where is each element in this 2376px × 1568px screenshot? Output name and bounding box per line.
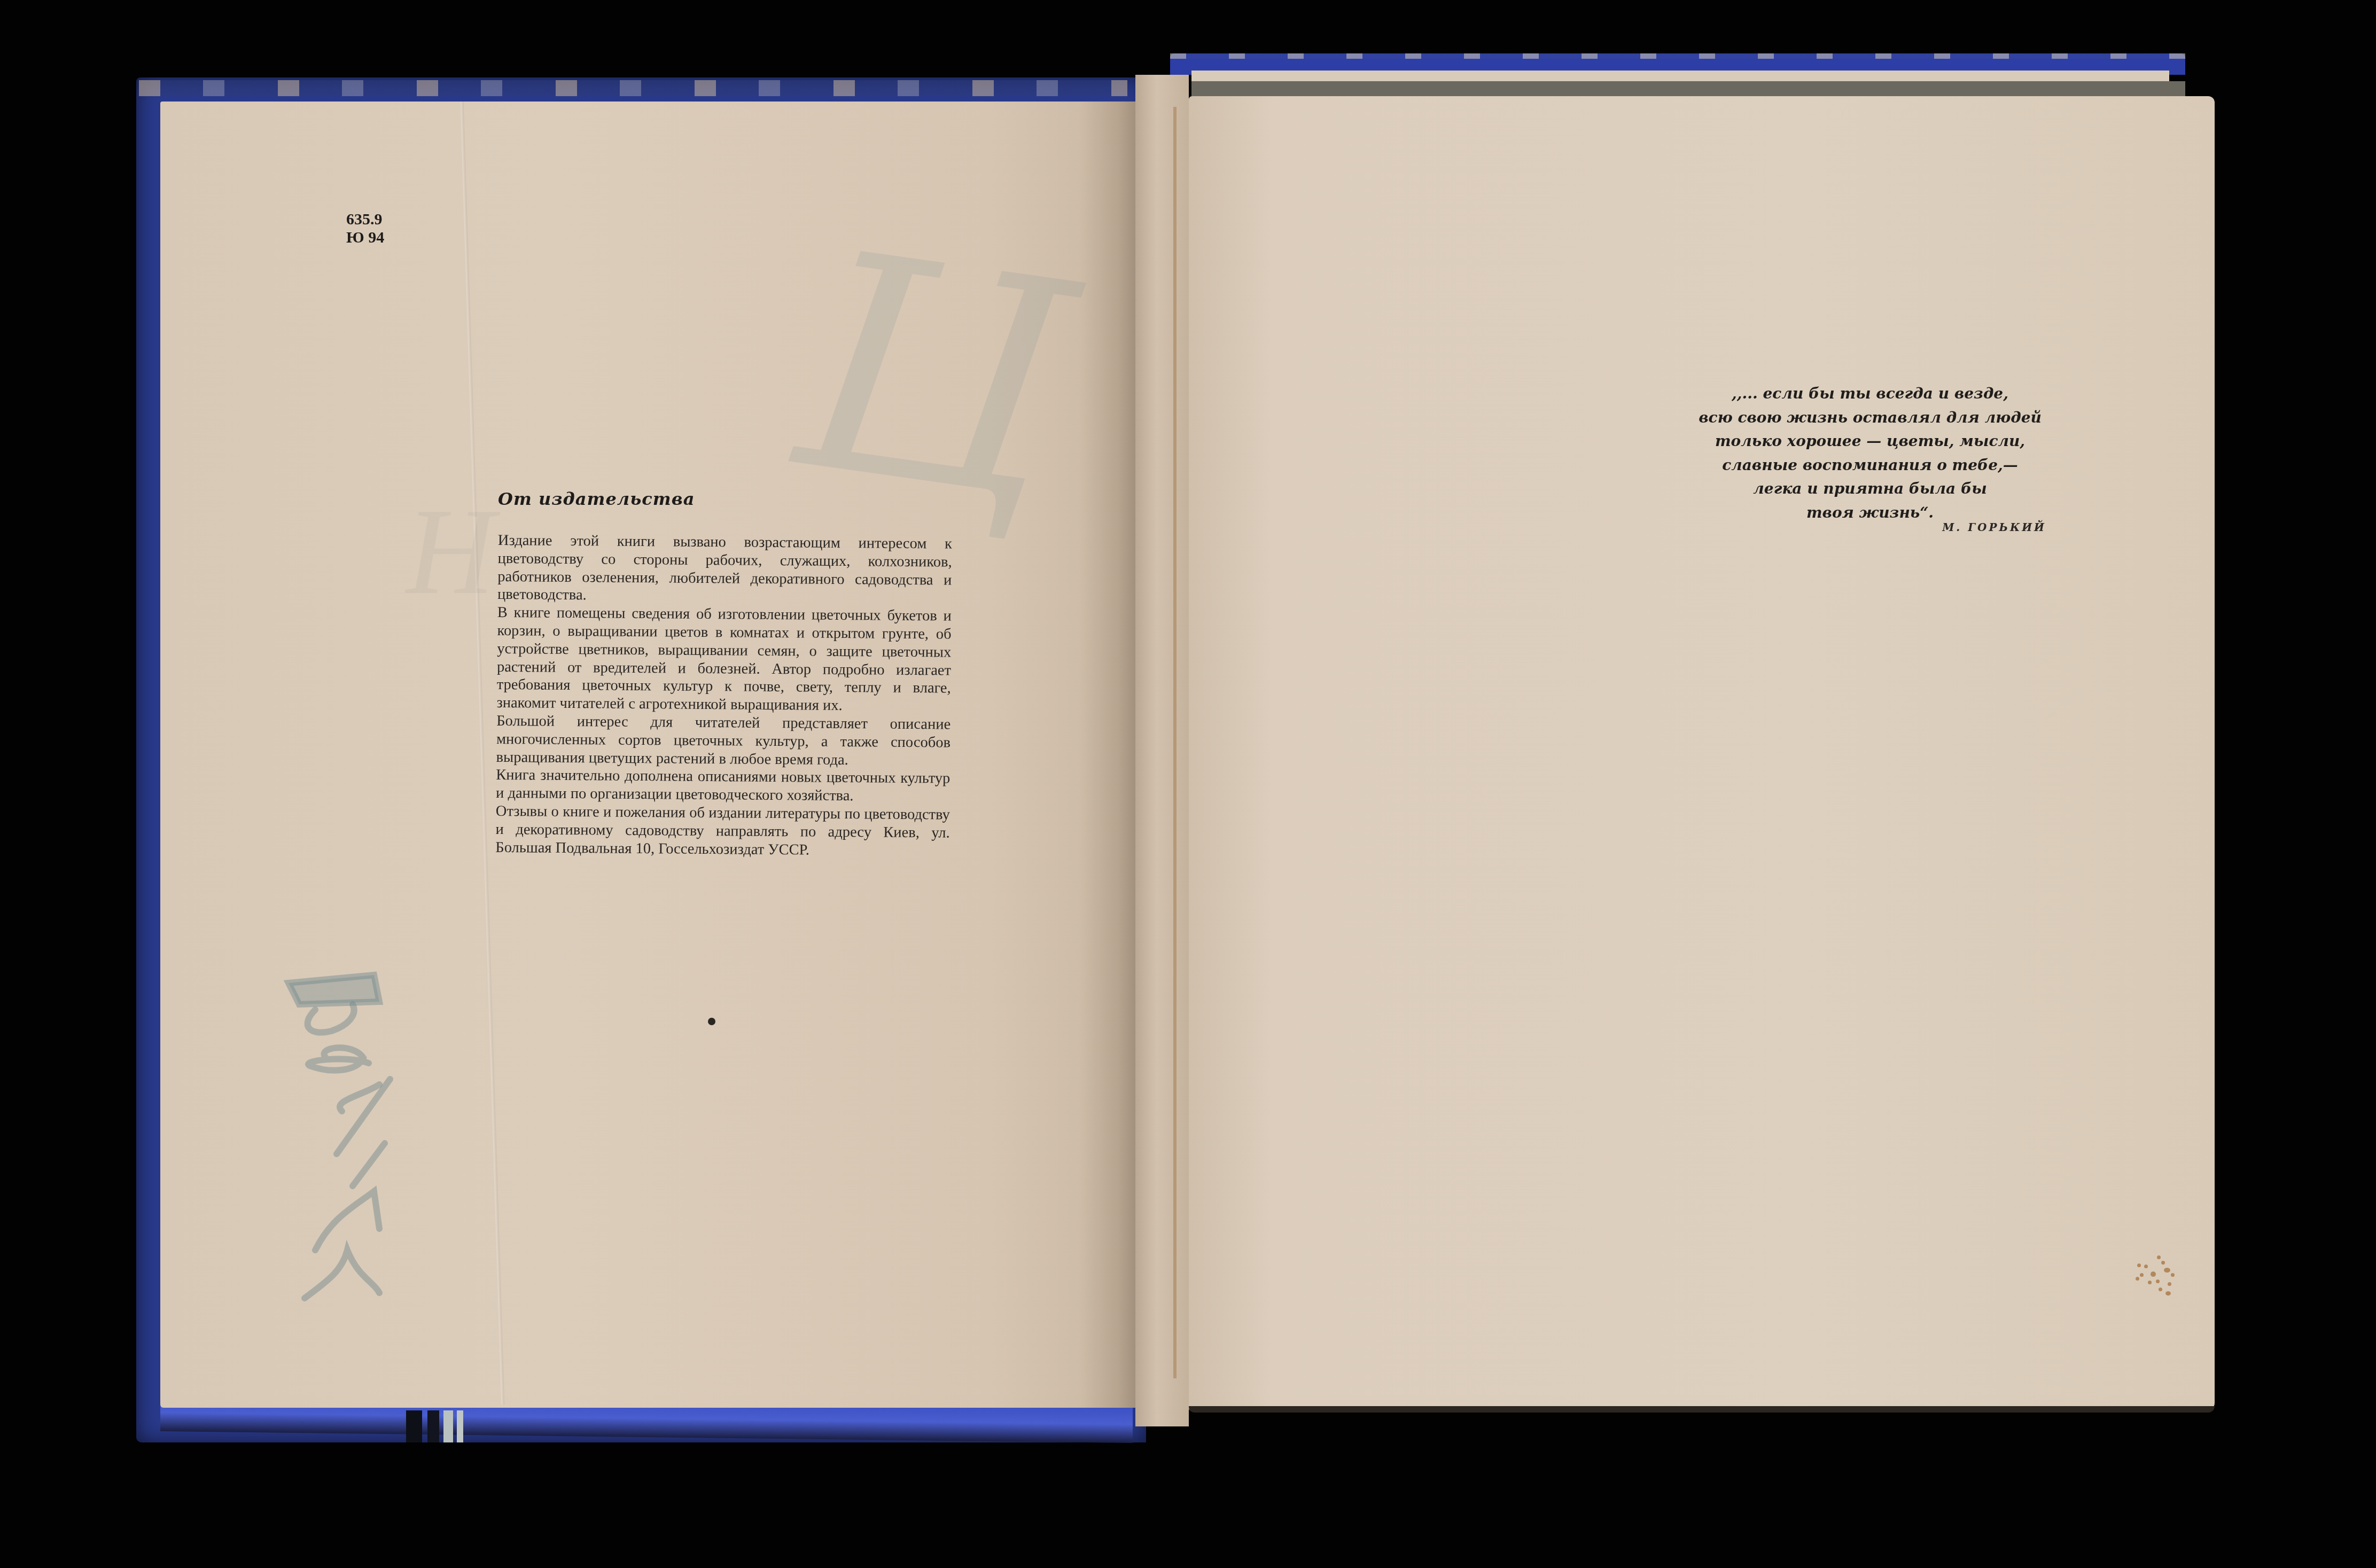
quote-line: только хорошее — цветы, мысли,	[1688, 430, 2052, 454]
page-stack-shadow	[1191, 81, 2185, 96]
paragraph: Издание этой книги вызвано возрастающим …	[497, 532, 952, 607]
binding-thread	[1173, 107, 1177, 1378]
section-title: От издательства	[498, 489, 695, 509]
cover-frayed-edge	[139, 80, 1127, 96]
page-stack-edge	[1191, 71, 2169, 81]
publisher-note-body: Издание этой книги вызвано возрастающим …	[495, 532, 952, 860]
quote-line: ,,... если бы ты всегда и везде,	[1688, 382, 2052, 406]
pencil-handwriting-mark	[267, 951, 401, 1352]
epigraph-quote: ,,... если бы ты всегда и везде, всю сво…	[1688, 382, 2052, 525]
ink-dot	[708, 1018, 715, 1025]
foxing-stain	[2134, 1253, 2177, 1296]
paragraph: Книга значительно дополнена описаниями н…	[496, 766, 951, 806]
call-number-class: 635.9	[346, 210, 384, 229]
book-spine-gutter	[1135, 75, 1189, 1426]
quote-line: всю свою жизнь оставлял для людей	[1688, 406, 2052, 430]
quote-line: славные воспоминания о тебе,—	[1688, 454, 2052, 478]
right-page	[1189, 96, 2215, 1410]
cover-stripes-decoration	[406, 1410, 465, 1442]
show-through-letter: Ц	[778, 186, 1085, 568]
call-number-author-mark: Ю 94	[346, 229, 384, 247]
page-bottom-edge	[1189, 1406, 2215, 1413]
library-call-number: 635.9 Ю 94	[346, 210, 384, 247]
quote-line: легка и приятна была бы	[1688, 477, 2052, 501]
paragraph: Большой интерес для читателей представля…	[496, 712, 951, 770]
paragraph: В книге помещены сведения об изготовлени…	[496, 604, 952, 715]
show-through-letter-faint: Н	[406, 481, 495, 622]
paragraph: Отзывы о книге и пожелания об издании ли…	[495, 802, 950, 860]
quote-author: М. ГОРЬКИЙ	[1870, 521, 2046, 534]
